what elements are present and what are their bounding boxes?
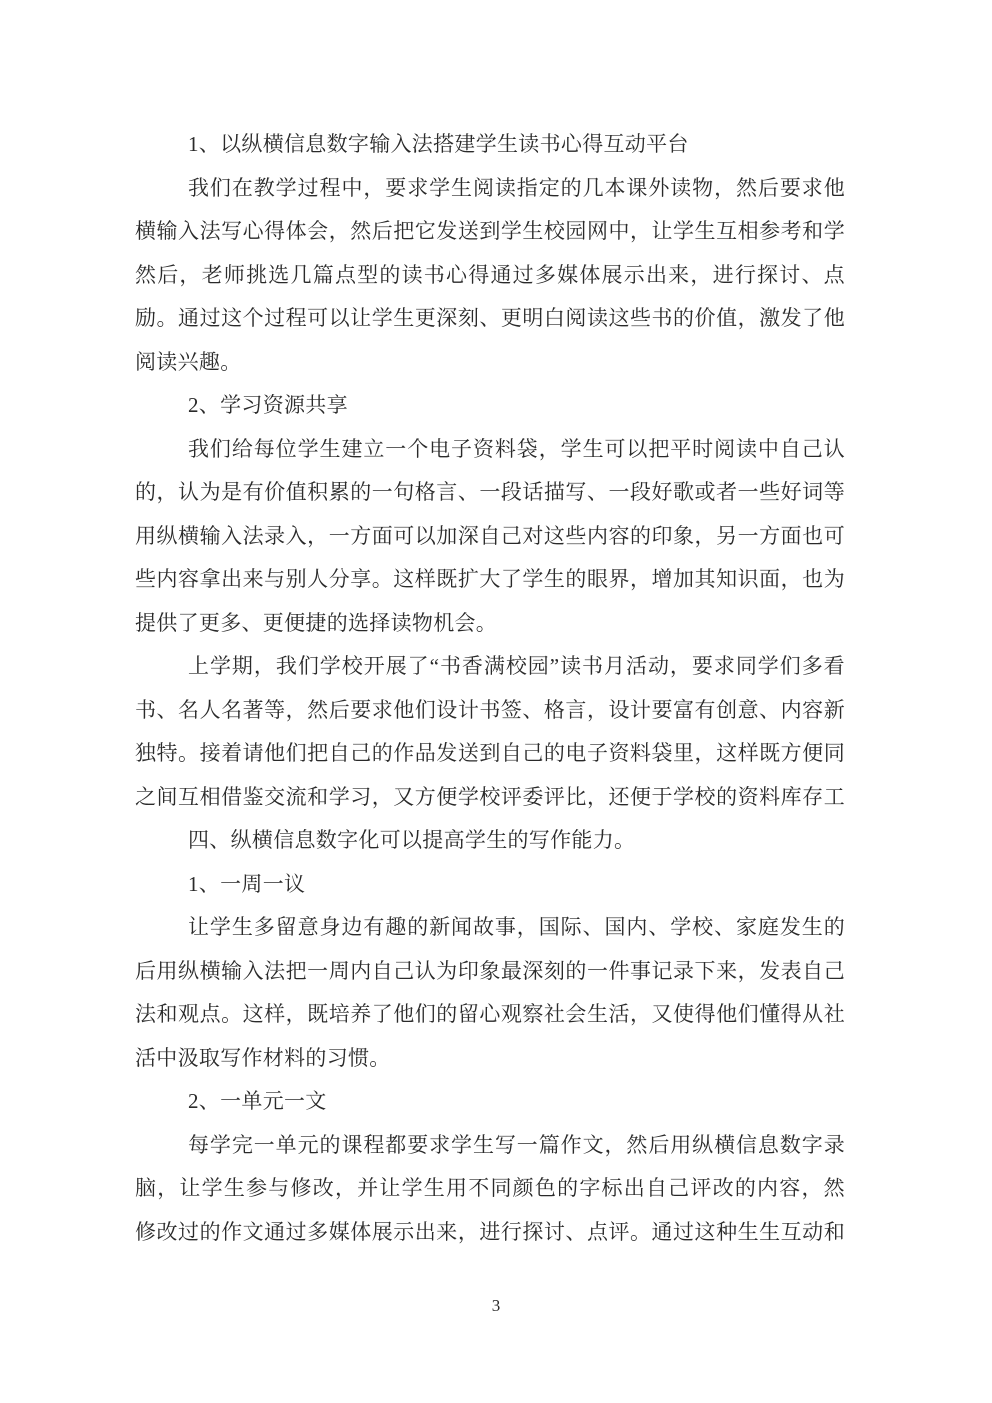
document-body: 1、以纵横信息数字输入法搭建学生读书心得互动平台我们在教学过程中，要求学生阅读指…: [135, 123, 845, 1254]
text-line: 然后，老师挑选几篇点型的读书心得通过多媒体展示出来，进行探讨、点评、鼓: [135, 254, 845, 298]
text-line: 2、一单元一文: [135, 1080, 845, 1124]
text-line: 独特。接着请他们把自己的作品发送到自己的电子资料袋里，这样既方便同学们: [135, 732, 845, 776]
text-line: 修改过的作文通过多媒体展示出来，进行探讨、点评。通过这种生生互动和师生: [135, 1211, 845, 1255]
text-line: 阅读兴趣。: [135, 341, 845, 385]
text-line: 提供了更多、更便捷的选择读物机会。: [135, 602, 845, 646]
text-line: 我们给每位学生建立一个电子资料袋，学生可以把平时阅读中自己认为优美: [135, 428, 845, 472]
text-line: 些内容拿出来与别人分享。这样既扩大了学生的眼界，增加其知识面，也为学生: [135, 558, 845, 602]
text-line: 用纵横输入法录入，一方面可以加深自己对这些内容的印象，另一方面也可把这: [135, 515, 845, 559]
text-line: 1、一周一议: [135, 863, 845, 907]
text-line: 的，认为是有价值积累的一句格言、一段话描写、一段好歌或者一些好词等等，: [135, 471, 845, 515]
text-line: 脑，让学生参与修改，并让学生用不同颜色的字标出自己评改的内容，然后，把: [135, 1167, 845, 1211]
text-line: 每学完一单元的课程都要求学生写一篇作文，然后用纵横信息数字录入电: [135, 1124, 845, 1168]
text-line: 活中汲取写作材料的习惯。: [135, 1037, 845, 1081]
page-number: 3: [0, 1296, 992, 1316]
text-line: 2、学习资源共享: [135, 384, 845, 428]
text-line: 之间互相借鉴交流和学习，又方便学校评委评比，还便于学校的资料库存工作。: [135, 776, 845, 820]
text-line: 四、纵横信息数字化可以提高学生的写作能力。: [135, 819, 845, 863]
text-line: 书、名人名著等，然后要求他们设计书签、格言，设计要富有创意、内容新颖、: [135, 689, 845, 733]
text-line: 上学期，我们学校开展了“书香满校园”读书月活动，要求同学们多看课外: [135, 645, 845, 689]
text-line: 后用纵横输入法把一周内自己认为印象最深刻的一件事记录下来，发表自己的看: [135, 950, 845, 994]
document-page: 1、以纵横信息数字输入法搭建学生读书心得互动平台我们在教学过程中，要求学生阅读指…: [0, 0, 992, 1403]
text-line: 励。通过这个过程可以让学生更深刻、更明白阅读这些书的价值，激发了他们的: [135, 297, 845, 341]
text-line: 横输入法写心得体会，然后把它发送到学生校园网中，让学生互相参考和学习。: [135, 210, 845, 254]
text-line: 法和观点。这样，既培养了他们的留心观察社会生活，又使得他们懂得从社会生: [135, 993, 845, 1037]
text-line: 我们在教学过程中，要求学生阅读指定的几本课外读物，然后要求他们用纵: [135, 167, 845, 211]
text-line: 让学生多留意身边有趣的新闻故事，国际、国内、学校、家庭发生的事，然: [135, 906, 845, 950]
text-line: 1、以纵横信息数字输入法搭建学生读书心得互动平台: [135, 123, 845, 167]
